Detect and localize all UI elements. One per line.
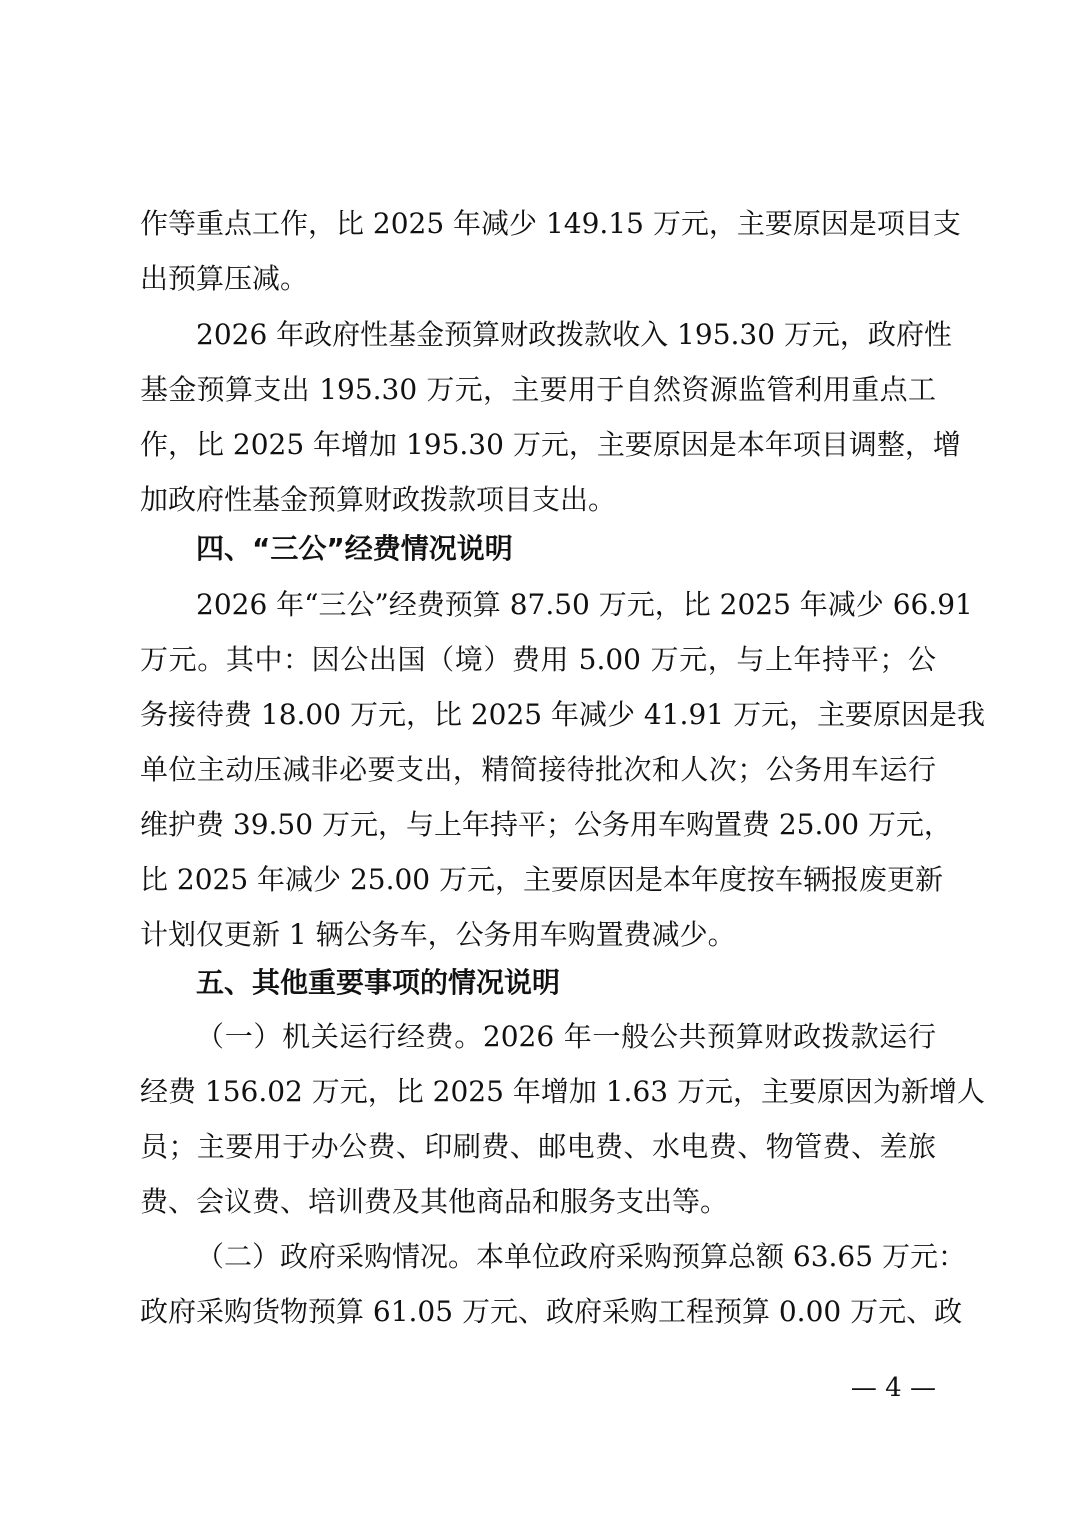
paragraph-line: 基金预算支出 195.30 万元，主要用于自然资源监管利用重点工 [140, 370, 936, 410]
paragraph-line: 作等重点工作，比 2025 年减少 149.15 万元，主要原因是项目支 [140, 204, 936, 244]
paragraph-line: 出预算压减。 [140, 259, 936, 299]
paragraph-line: 2026 年政府性基金预算财政拨款收入 195.30 万元，政府性 [196, 315, 936, 355]
paragraph-line: （一）机关运行经费。2026 年一般公共预算财政拨款运行 [196, 1017, 936, 1057]
paragraph-line: 政府采购货物预算 61.05 万元、政府采购工程预算 0.00 万元、政 [140, 1292, 936, 1332]
paragraph-line: 计划仅更新 1 辆公务车，公务用车购置费减少。 [140, 915, 936, 955]
document-page: 作等重点工作，比 2025 年减少 149.15 万元，主要原因是项目支 出预算… [0, 0, 1074, 1520]
paragraph-line: 2026 年“三公”经费预算 87.50 万元，比 2025 年减少 66.91 [196, 585, 936, 625]
paragraph-line: 作，比 2025 年增加 195.30 万元，主要原因是本年项目调整，增 [140, 425, 936, 465]
paragraph-line: 加政府性基金预算财政拨款项目支出。 [140, 480, 936, 520]
paragraph-line: 维护费 39.50 万元，与上年持平；公务用车购置费 25.00 万元， [140, 805, 936, 845]
paragraph-line: 务接待费 18.00 万元，比 2025 年减少 41.91 万元，主要原因是我 [140, 695, 936, 735]
paragraph-line: 单位主动压减非必要支出，精简接待批次和人次；公务用车运行 [140, 750, 936, 790]
section-heading-three-public-expenses: 四、“三公”经费情况说明 [196, 529, 513, 569]
paragraph-line: （二）政府采购情况。本单位政府采购预算总额 63.65 万元： [196, 1237, 936, 1277]
paragraph-line: 比 2025 年减少 25.00 万元，主要原因是本年度按车辆报废更新 [140, 860, 936, 900]
paragraph-line: 员；主要用于办公费、印刷费、邮电费、水电费、物管费、差旅 [140, 1127, 936, 1167]
page-number: — 4 — [851, 1370, 936, 1406]
paragraph-line: 费、会议费、培训费及其他商品和服务支出等。 [140, 1182, 936, 1222]
paragraph-line: 万元。其中：因公出国（境）费用 5.00 万元，与上年持平；公 [140, 640, 936, 680]
section-heading-other-matters: 五、其他重要事项的情况说明 [196, 963, 560, 1003]
paragraph-line: 经费 156.02 万元，比 2025 年增加 1.63 万元，主要原因为新增人 [140, 1072, 936, 1112]
